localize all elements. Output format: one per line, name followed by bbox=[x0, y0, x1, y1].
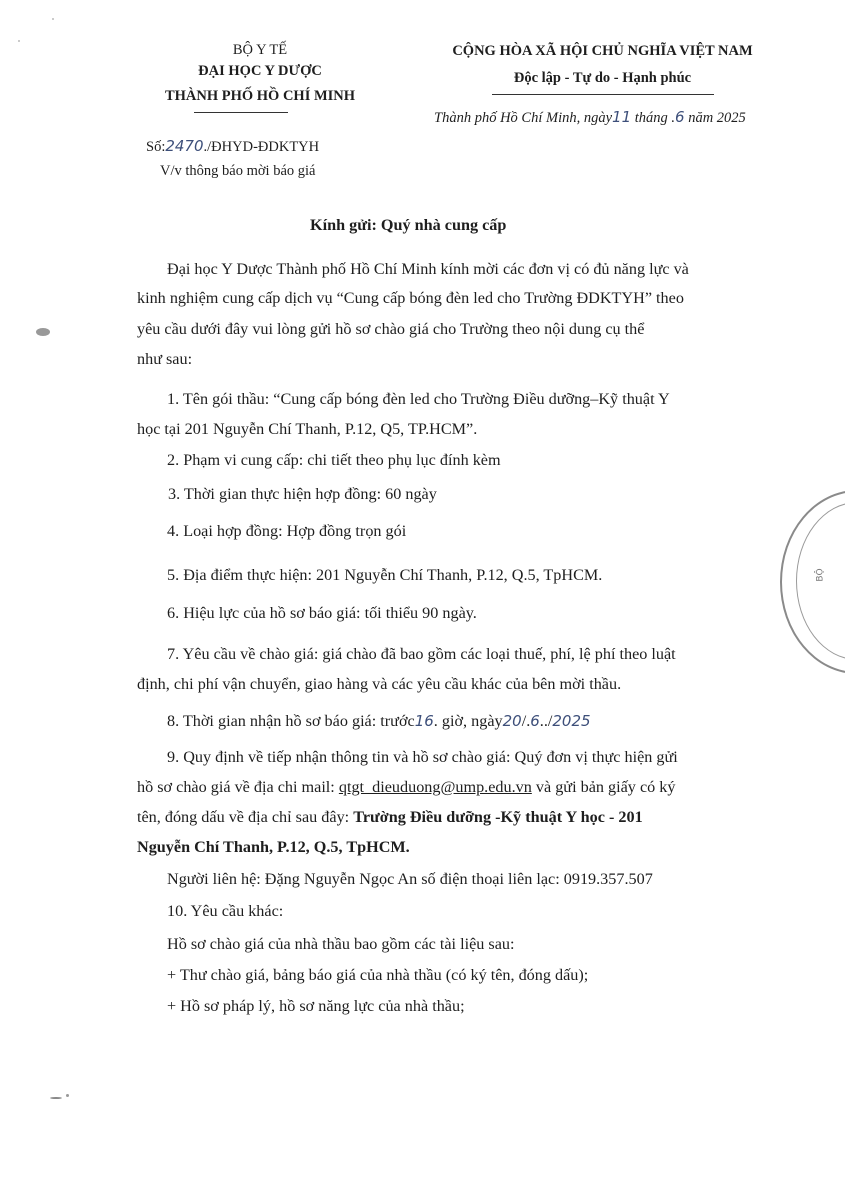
right-header-underline bbox=[492, 94, 714, 95]
item-9-line-1: 9. Quy định về tiếp nhận thông tin và hồ… bbox=[167, 748, 678, 767]
item-10: 10. Yêu cầu khác: bbox=[167, 902, 283, 921]
date-year-label: năm 2025 bbox=[688, 110, 746, 126]
university-name-line2: THÀNH PHỐ HỒ CHÍ MINH bbox=[130, 88, 390, 105]
item-9-line-3-start: tên, đóng dấu về địa chỉ sau đây: bbox=[137, 808, 353, 826]
date-day-handwritten: 11 bbox=[612, 108, 631, 126]
item-8-month-handwritten: 6 bbox=[530, 712, 540, 730]
national-motto: Độc lập - Tự do - Hạnh phúc bbox=[480, 70, 725, 87]
intro-line-2: kinh nghiệm cung cấp dịch vụ “Cung cấp b… bbox=[137, 289, 684, 308]
official-stamp-text: BỘ bbox=[816, 568, 826, 581]
salutation: Kính gửi: Quý nhà cung cấp bbox=[310, 216, 506, 235]
item-8-sep1: /. bbox=[522, 712, 531, 730]
item-9-line-2-start: hồ sơ chào giá về địa chi mail: bbox=[137, 778, 339, 796]
left-header-underline bbox=[194, 112, 288, 113]
documents-intro: Hồ sơ chào giá của nhà thầu bao gồm các … bbox=[167, 935, 514, 954]
date-month-label: tháng . bbox=[635, 110, 675, 126]
scan-speck bbox=[36, 328, 50, 336]
item-4: 4. Loại hợp đồng: Hợp đồng trọn gói bbox=[167, 522, 406, 541]
item-7-line-2: định, chi phí vận chuyển, giao hàng và c… bbox=[137, 675, 621, 694]
item-8-day-handwritten: 20 bbox=[503, 712, 522, 730]
date-month-handwritten: 6 bbox=[675, 108, 685, 126]
document-number: Số:2470./ĐHYD-ĐDKTYH bbox=[146, 137, 319, 156]
item-8-prefix: 8. Thời gian nhận hồ sơ báo giá: trước bbox=[167, 712, 415, 730]
document-number-handwritten: 2470 bbox=[165, 137, 203, 155]
date-prefix: Thành phố Hồ Chí Minh, ngày bbox=[434, 110, 612, 126]
document-subject: V/v thông báo mời báo giá bbox=[160, 163, 315, 180]
intro-line-1: Đại học Y Dược Thành phố Hồ Chí Minh kín… bbox=[167, 260, 689, 279]
scan-speck bbox=[50, 1097, 62, 1099]
document-requirement-1: + Thư chào giá, bảng báo giá của nhà thầ… bbox=[167, 966, 588, 985]
document-requirement-2: + Hồ sơ pháp lý, hồ sơ năng lực của nhà … bbox=[167, 997, 465, 1016]
item-8-year-handwritten: 2025 bbox=[552, 712, 590, 730]
item-2: 2. Phạm vi cung cấp: chi tiết theo phụ l… bbox=[167, 451, 501, 470]
item-5: 5. Địa điểm thực hiện: 201 Nguyễn Chí Th… bbox=[167, 566, 602, 585]
item-8-hour-handwritten: 16 bbox=[415, 712, 434, 730]
country-name: CỘNG HÒA XÃ HỘI CHỦ NGHĨA VIỆT NAM bbox=[430, 43, 775, 60]
item-1-line-1: 1. Tên gói thầu: “Cung cấp bóng đèn led … bbox=[167, 390, 670, 409]
issue-date: Thành phố Hồ Chí Minh, ngày11 tháng .6 n… bbox=[434, 108, 746, 127]
item-3: 3. Thời gian thực hiện hợp đồng: 60 ngày bbox=[168, 485, 437, 504]
item-9-line-2: hồ sơ chào giá về địa chi mail: qtgt_die… bbox=[137, 778, 675, 797]
item-1-line-2: học tại 201 Nguyễn Chí Thanh, P.12, Q5, … bbox=[137, 420, 477, 439]
email-link[interactable]: qtgt_dieuduong@ump.edu.vn bbox=[339, 778, 532, 796]
intro-line-3: yêu cầu dưới đây vui lòng gửi hồ sơ chào… bbox=[137, 320, 644, 339]
item-8: 8. Thời gian nhận hồ sơ báo giá: trước16… bbox=[167, 712, 591, 731]
item-9-address-bold: Trường Điều dưỡng -Kỹ thuật Y học - 201 bbox=[353, 808, 642, 826]
item-9-line-4: Nguyễn Chí Thanh, P.12, Q.5, TpHCM. bbox=[137, 838, 410, 857]
item-9-line-2-end: và gửi bản giấy có ký bbox=[532, 778, 676, 796]
university-name-line1: ĐẠI HỌC Y DƯỢC bbox=[140, 63, 380, 80]
scan-speck bbox=[18, 40, 20, 42]
ministry-name: BỘ Y TẾ bbox=[200, 42, 320, 59]
scan-speck bbox=[66, 1094, 69, 1097]
item-8-mid: . giờ, ngày bbox=[434, 712, 503, 730]
item-9-line-3: tên, đóng dấu về địa chỉ sau đây: Trường… bbox=[137, 808, 643, 827]
intro-line-4: như sau: bbox=[137, 350, 192, 369]
item-6: 6. Hiệu lực của hồ sơ báo giá: tối thiểu… bbox=[167, 604, 477, 623]
document-number-suffix: ./ĐHYD-ĐDKTYH bbox=[204, 139, 320, 155]
item-8-sep2: ../ bbox=[540, 712, 553, 730]
document-number-prefix: Số: bbox=[146, 139, 165, 155]
contact-person: Người liên hệ: Đặng Nguyễn Ngọc An số đi… bbox=[167, 870, 653, 889]
item-7-line-1: 7. Yêu cầu về chào giá: giá chào đã bao … bbox=[167, 645, 676, 664]
scan-speck bbox=[52, 18, 54, 20]
